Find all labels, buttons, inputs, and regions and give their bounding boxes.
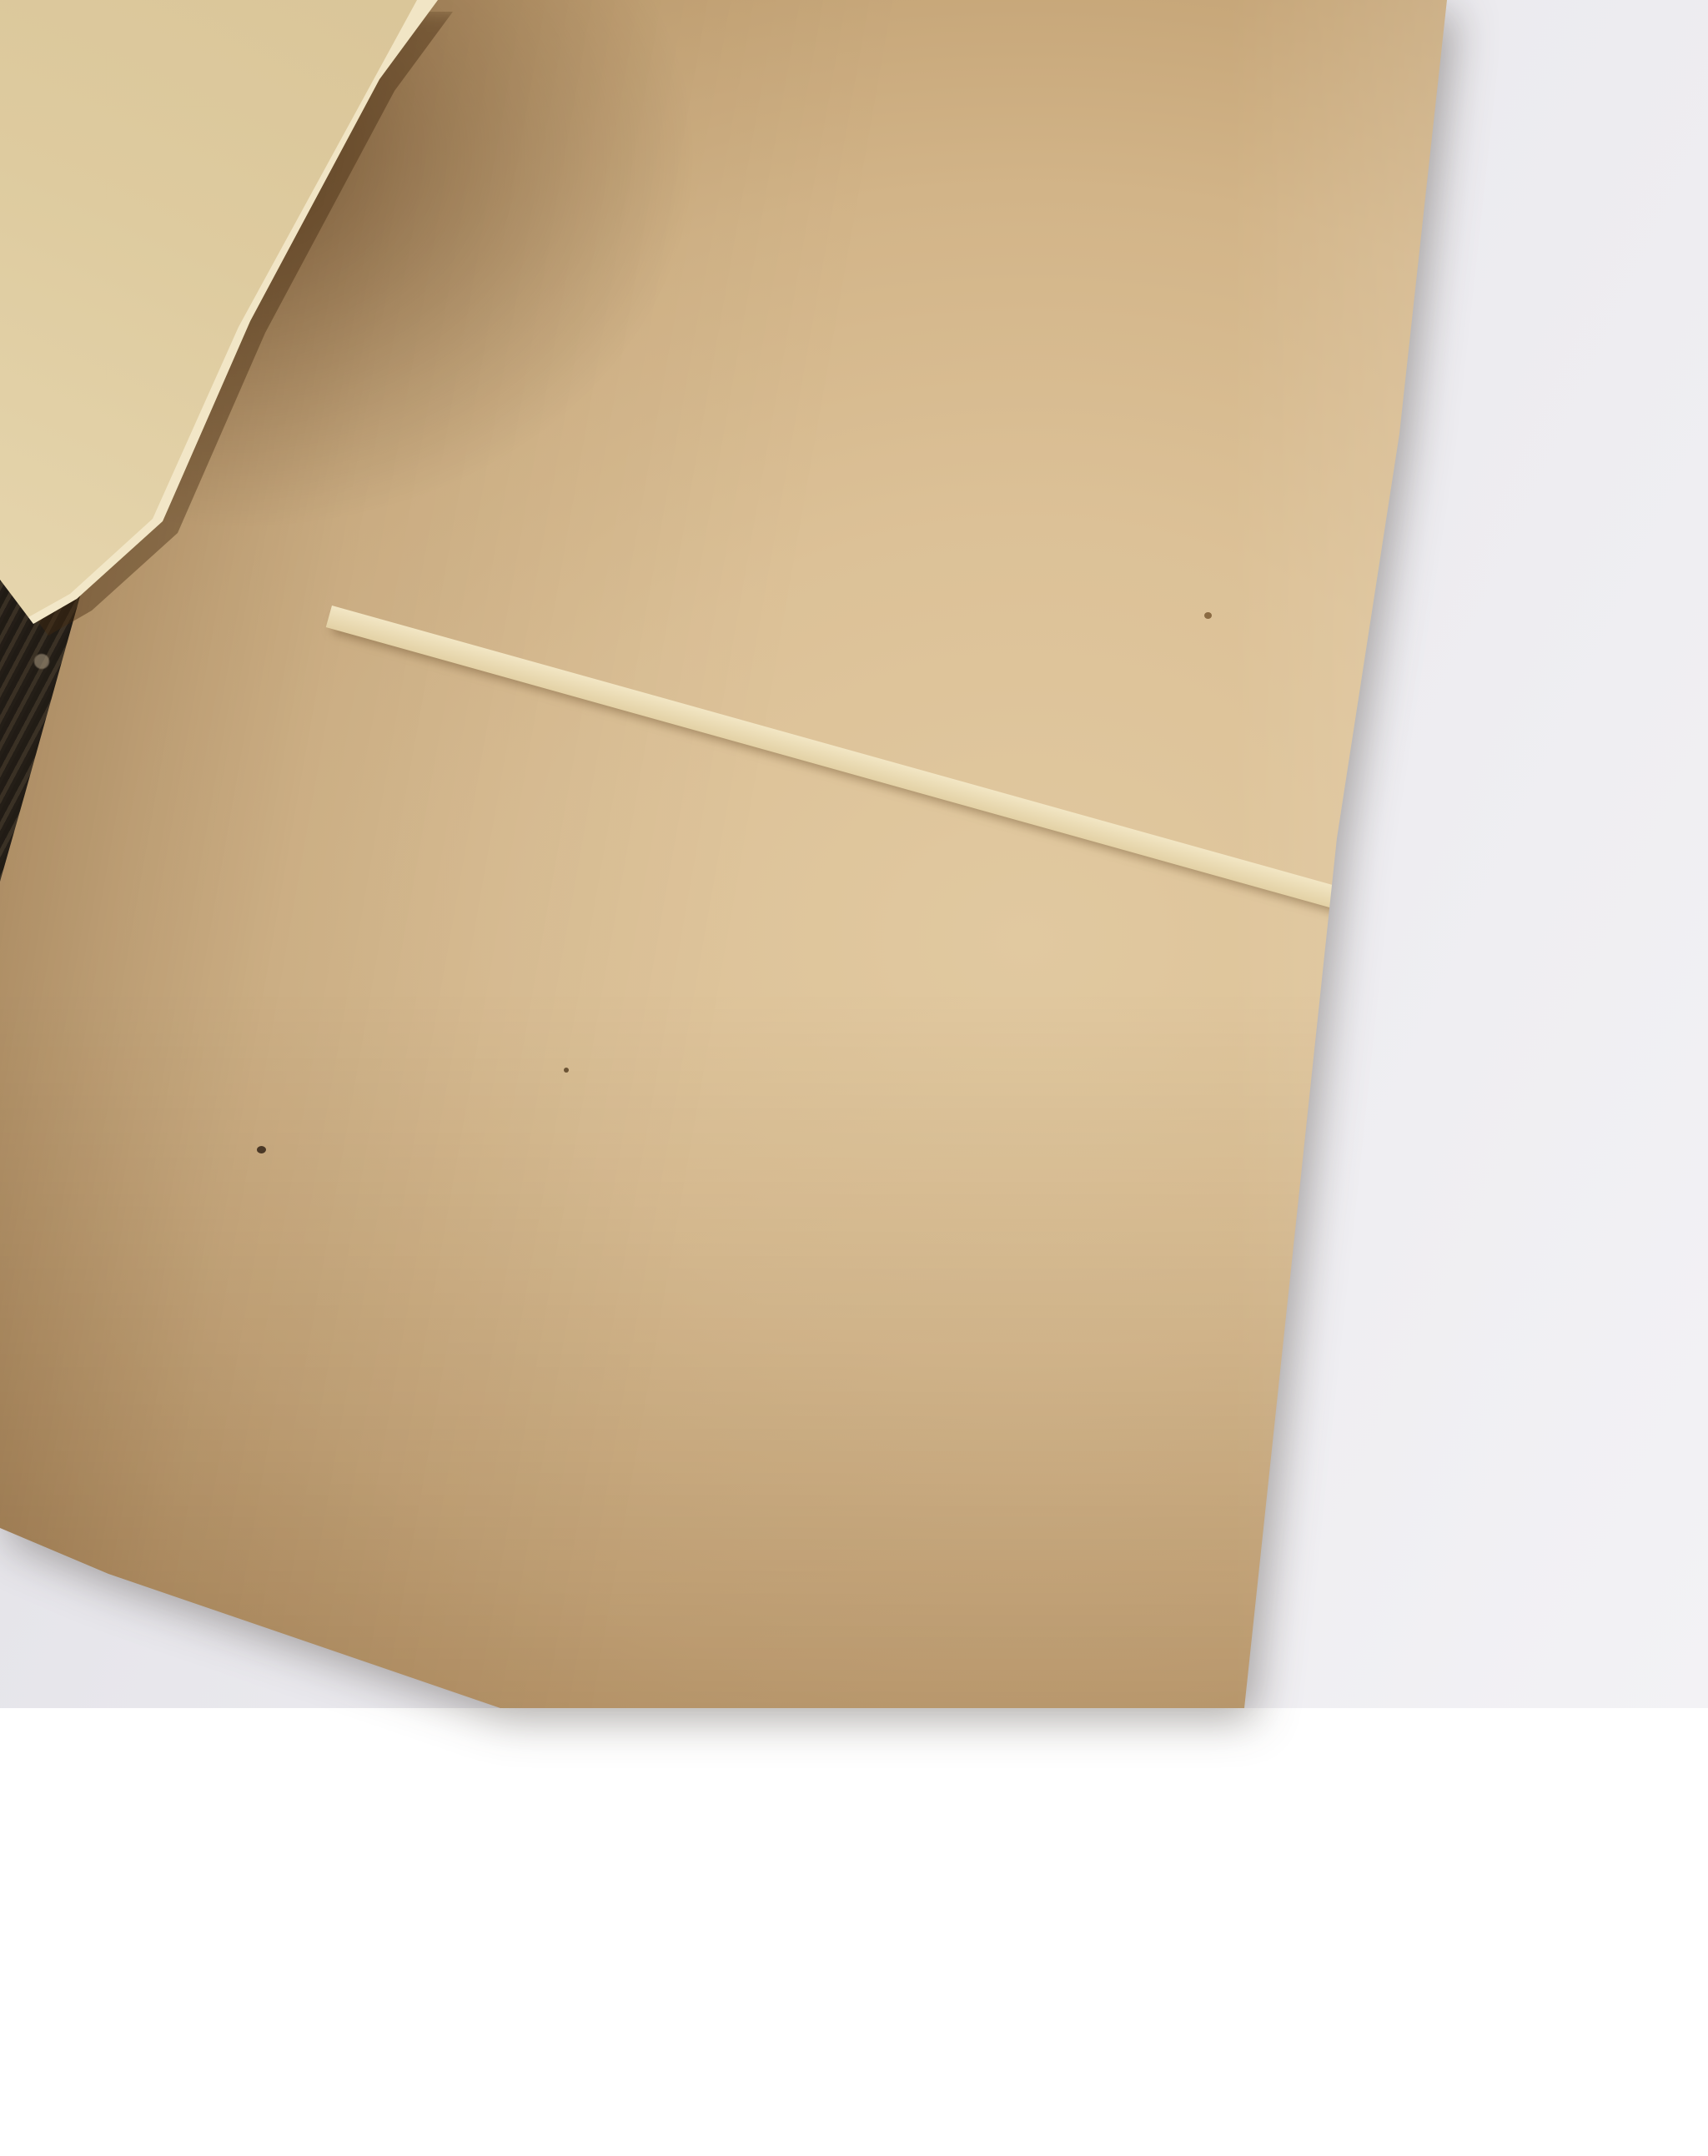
tampa-note-line2 xyxy=(246,355,661,403)
paper-speck xyxy=(1204,612,1212,619)
tampa-note-line1 xyxy=(246,355,661,403)
advice-question xyxy=(757,8,1113,49)
paper-speck xyxy=(257,1146,266,1153)
squiggle-divider xyxy=(176,400,1322,537)
desk-background xyxy=(0,0,1708,1708)
article-right-column xyxy=(694,534,1142,585)
page-shadow-wrap xyxy=(0,0,1708,1708)
magazine-page xyxy=(0,0,1708,1708)
article-continued-note xyxy=(208,478,652,529)
article-left-column xyxy=(202,541,646,592)
folded-corner-text xyxy=(105,0,229,426)
tampa-note xyxy=(246,355,661,403)
advice-answer xyxy=(741,149,1098,190)
paper-speck xyxy=(564,1068,569,1073)
